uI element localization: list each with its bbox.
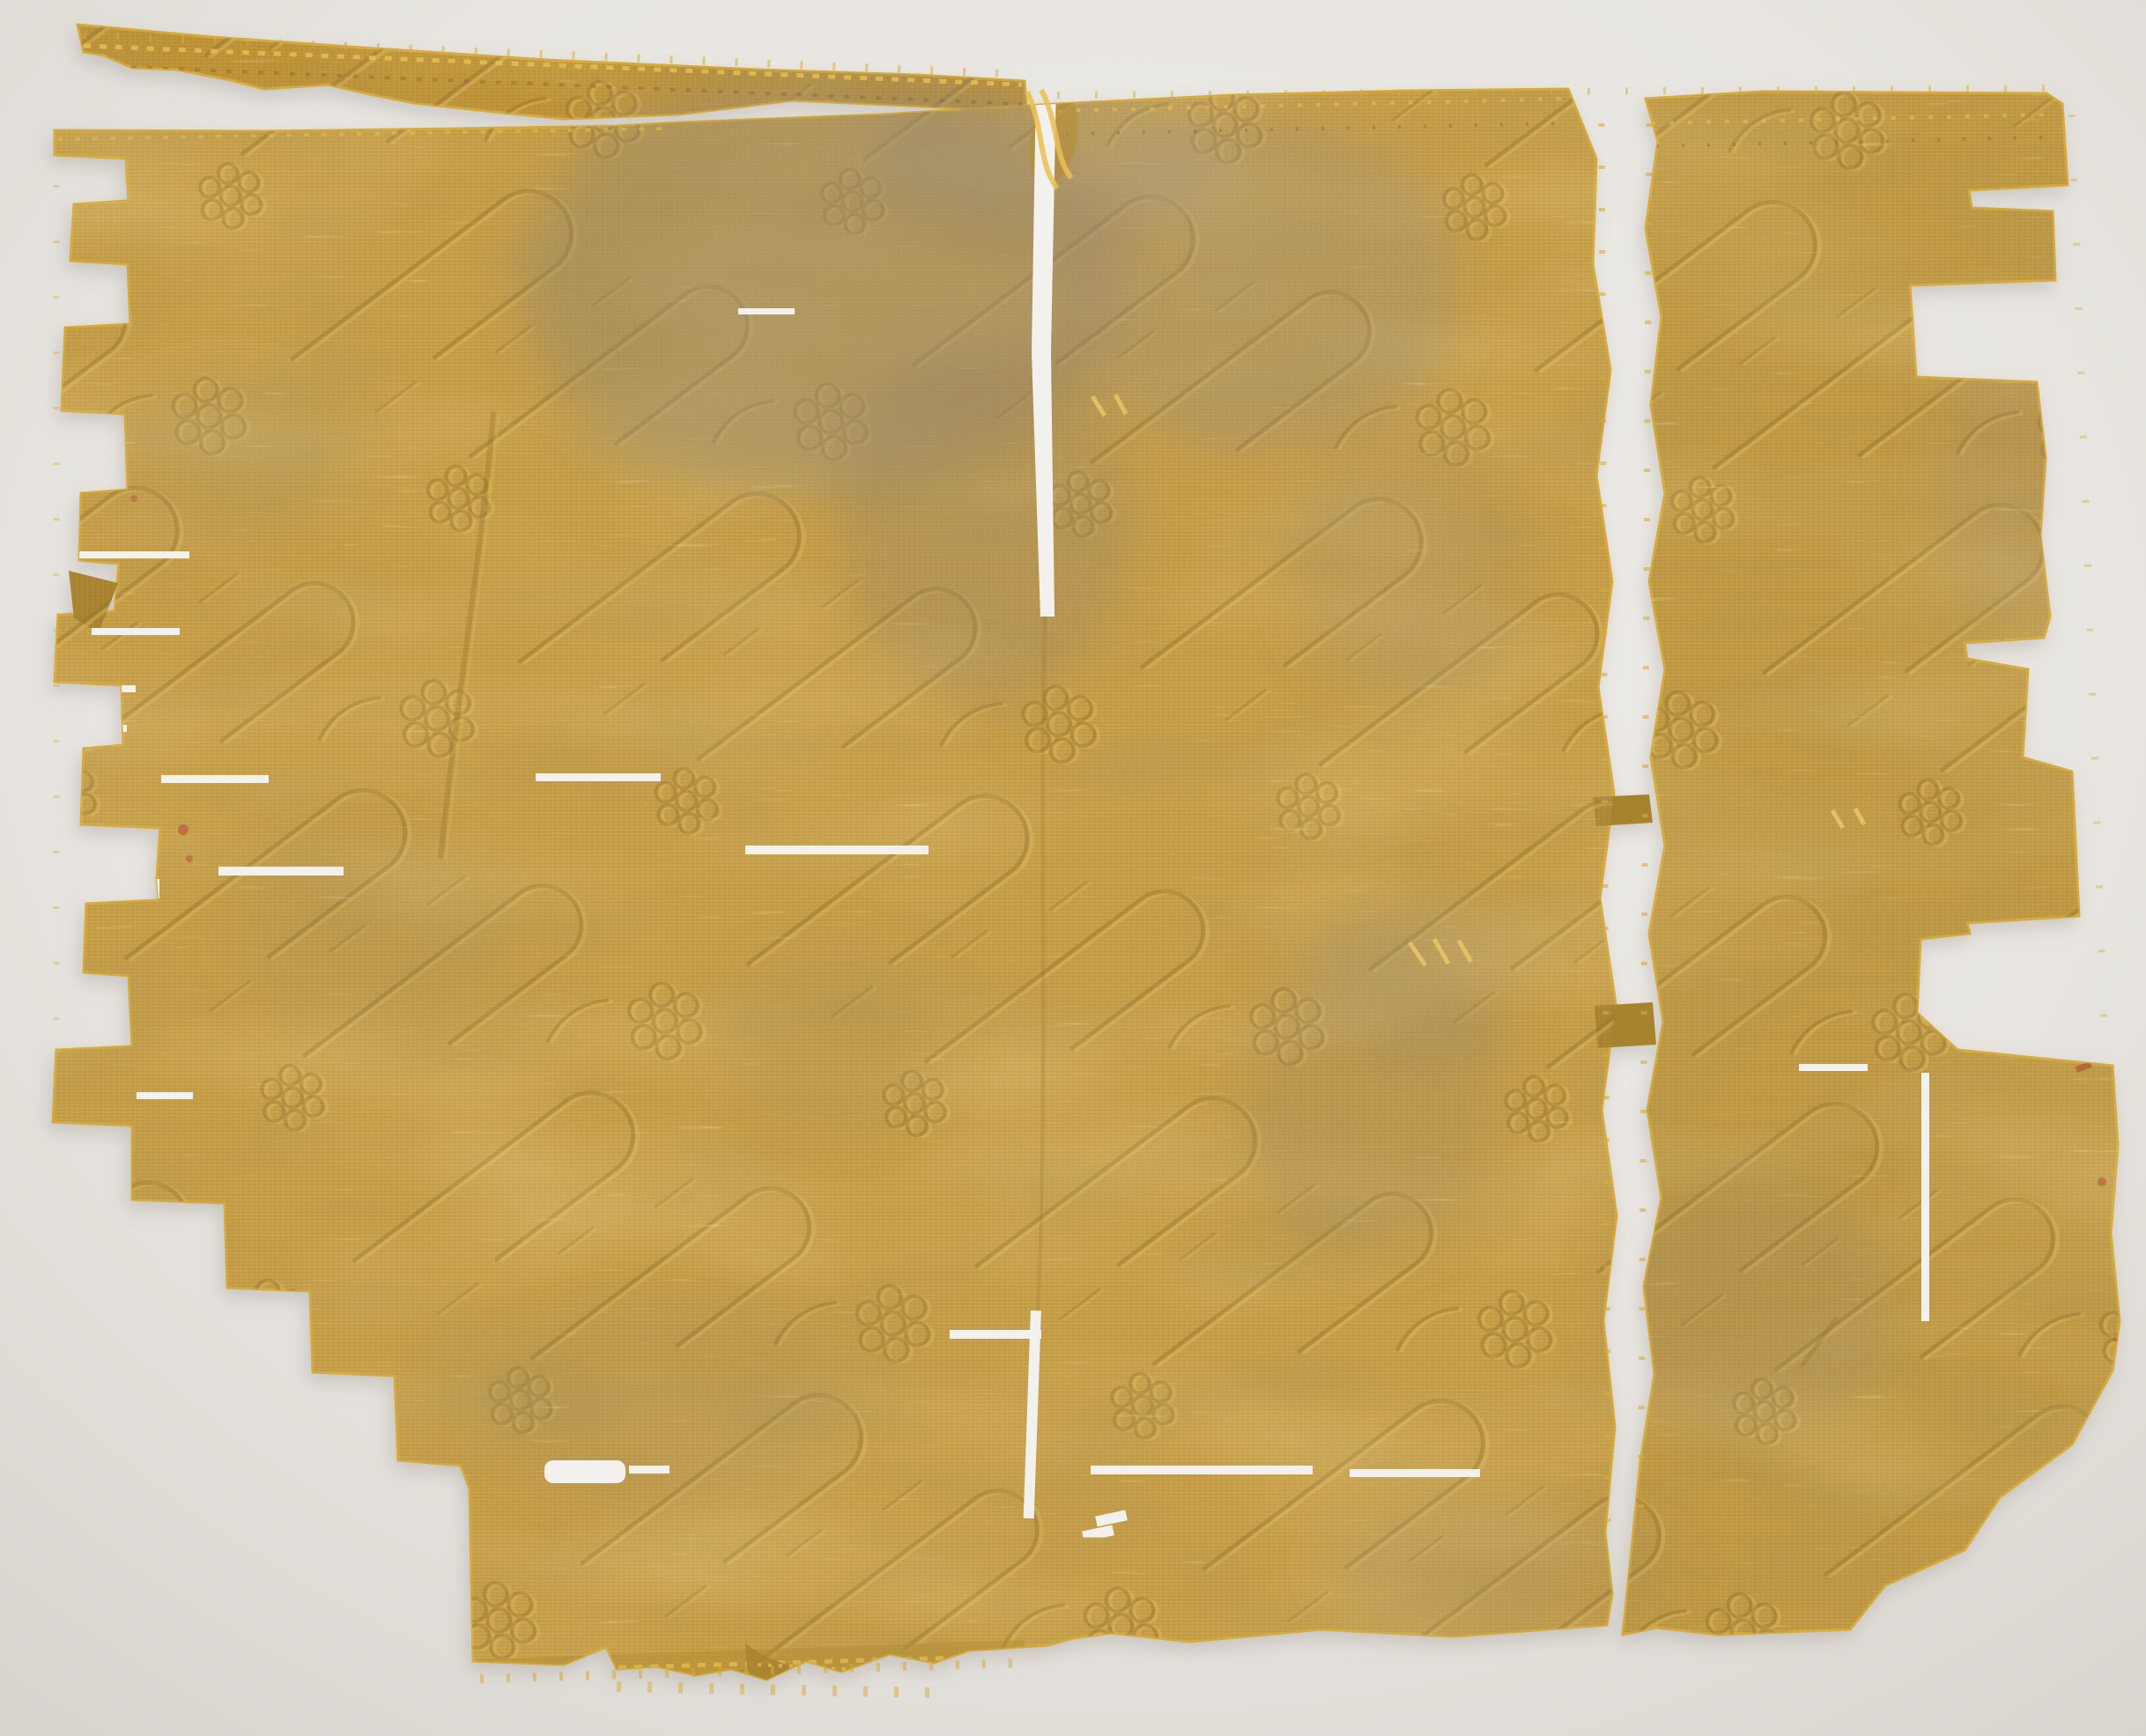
red-fiber-mark <box>130 495 137 502</box>
textile-photograph <box>0 0 2146 1736</box>
tear-slit <box>92 628 180 635</box>
tear-slit <box>1799 1064 1868 1071</box>
stain-blob <box>722 942 951 1136</box>
tear-slit <box>738 308 795 314</box>
stain-blob <box>1286 423 1533 705</box>
tear-slit <box>950 1330 1041 1339</box>
vertical-split <box>1921 1073 1929 1321</box>
tear-slit <box>1350 1469 1480 1477</box>
tear-slit <box>79 551 189 558</box>
tear-slit <box>745 846 929 854</box>
stain-blob <box>1321 890 1533 1048</box>
tear-slit <box>930 1579 1029 1588</box>
stain-blob <box>837 335 1136 705</box>
tear-slit <box>765 1577 842 1585</box>
photo-stage <box>0 0 2146 1736</box>
tear-slit <box>536 773 661 781</box>
red-fiber-mark <box>186 855 193 862</box>
tear-slit <box>629 1466 670 1474</box>
tear-slit <box>137 1092 193 1099</box>
tear-slit <box>218 867 344 875</box>
stain-blob <box>106 370 352 546</box>
tear-slit <box>161 775 269 783</box>
tear-slit <box>1091 1466 1313 1474</box>
red-fiber-mark <box>2098 1178 2106 1186</box>
stain-blob <box>229 828 511 1039</box>
tear-slit <box>544 1460 625 1483</box>
red-fiber-mark <box>178 824 189 835</box>
stain-blob <box>485 1304 855 1515</box>
